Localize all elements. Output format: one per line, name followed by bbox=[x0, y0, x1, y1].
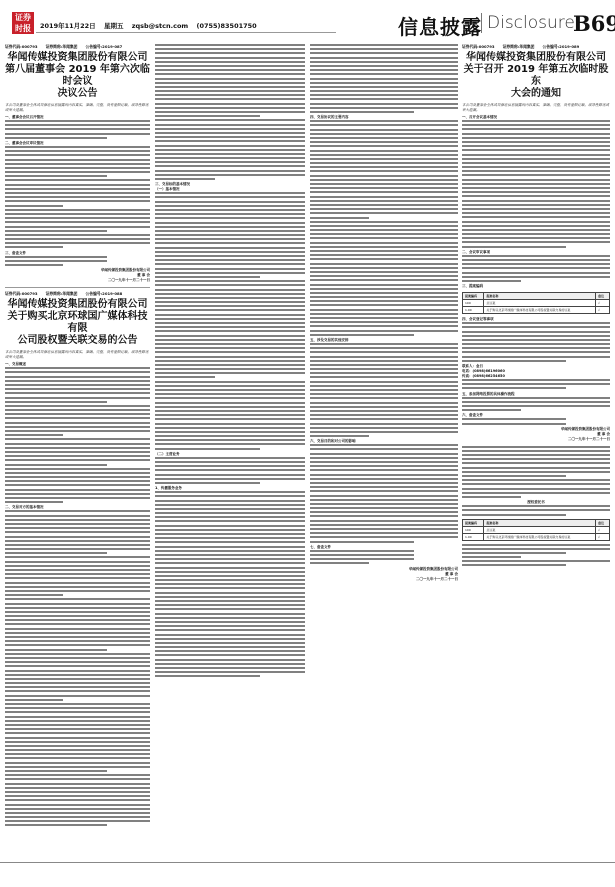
body-text-line bbox=[155, 309, 305, 311]
body-text-line bbox=[155, 469, 305, 471]
body-text-line bbox=[5, 120, 150, 122]
issue-meta: 2019年11月22日 星期五 zqsb@stcn.com (0755)8350… bbox=[40, 21, 263, 30]
body-text-line bbox=[310, 124, 458, 126]
body-text-line bbox=[310, 196, 458, 198]
section-title-en: Disclosure bbox=[487, 13, 575, 33]
body-text-line bbox=[155, 457, 305, 459]
body-text-line bbox=[462, 360, 566, 362]
body-text-line bbox=[310, 448, 458, 450]
body-text-line bbox=[155, 161, 305, 163]
body-text-line bbox=[5, 468, 150, 470]
body-text-line bbox=[462, 204, 610, 206]
body-text-line bbox=[155, 410, 305, 412]
body-text-line bbox=[155, 356, 305, 358]
body-text-line bbox=[5, 417, 150, 419]
body-text-line bbox=[155, 136, 305, 138]
contact-email[interactable]: zqsb@stcn.com bbox=[132, 22, 188, 30]
body-text-line bbox=[310, 254, 458, 256]
body-text-line bbox=[155, 381, 305, 383]
body-text-line bbox=[310, 364, 458, 366]
body-text-line bbox=[5, 459, 150, 461]
body-text-line bbox=[155, 65, 305, 67]
body-text-line bbox=[462, 462, 610, 464]
body-text-line bbox=[5, 213, 150, 215]
body-text-line bbox=[5, 732, 150, 734]
body-text-line bbox=[5, 607, 150, 609]
body-text-line bbox=[155, 149, 305, 151]
body-text-line bbox=[310, 321, 458, 323]
body-text-line bbox=[155, 431, 305, 433]
body-text-line bbox=[5, 598, 150, 600]
body-text-line bbox=[310, 313, 458, 315]
body-text-line bbox=[5, 611, 150, 613]
stock-codes: 证券代码:000793证券简称:华闻集团公告编号:2019-087 bbox=[5, 44, 150, 50]
body-text-line bbox=[5, 536, 150, 538]
body-text-line bbox=[155, 617, 305, 619]
body-text-line bbox=[155, 255, 305, 257]
body-text-line bbox=[310, 368, 458, 370]
body-text-line bbox=[5, 510, 150, 512]
body-text-line bbox=[155, 402, 305, 404]
body-text-line bbox=[5, 146, 150, 148]
body-text-line bbox=[462, 145, 610, 147]
body-text-line bbox=[5, 783, 150, 785]
body-text-line bbox=[155, 98, 305, 100]
body-text-line bbox=[5, 192, 150, 194]
body-text-line bbox=[5, 493, 150, 495]
body-text-line bbox=[462, 246, 566, 248]
body-text-line bbox=[310, 284, 458, 286]
body-text-line bbox=[310, 233, 458, 235]
section-heading: 三、提案编码 bbox=[462, 284, 610, 289]
body-text-line bbox=[310, 325, 458, 327]
body-text-line bbox=[310, 304, 458, 306]
body-text-line bbox=[462, 221, 610, 223]
body-text-line bbox=[155, 217, 305, 219]
body-text-line bbox=[462, 272, 610, 274]
body-text-line bbox=[462, 170, 610, 172]
body-text-line bbox=[310, 242, 458, 244]
body-text-line bbox=[310, 237, 458, 239]
body-text-line bbox=[462, 154, 610, 156]
body-text-line bbox=[155, 500, 305, 502]
body-text-line bbox=[5, 443, 150, 445]
body-text-line bbox=[155, 44, 305, 46]
body-text-line bbox=[310, 499, 458, 501]
body-text-line bbox=[310, 453, 458, 455]
body-text-line bbox=[5, 573, 150, 575]
body-text-line bbox=[155, 339, 305, 341]
body-text-line bbox=[462, 509, 610, 511]
body-text-line bbox=[5, 451, 150, 453]
body-text-line bbox=[310, 129, 458, 131]
body-text-line bbox=[462, 128, 610, 130]
body-text-line bbox=[5, 795, 150, 797]
body-text-line bbox=[310, 61, 458, 63]
body-text-line bbox=[5, 234, 150, 236]
body-text-line bbox=[462, 343, 610, 345]
body-text-line bbox=[5, 720, 150, 722]
body-text-line bbox=[155, 276, 260, 278]
body-text-line bbox=[5, 376, 150, 378]
body-text-line bbox=[5, 246, 63, 248]
body-text-line bbox=[155, 90, 305, 92]
body-text-line bbox=[462, 263, 610, 265]
body-text-line bbox=[155, 414, 305, 416]
body-text-line bbox=[310, 356, 458, 358]
body-text-line bbox=[155, 579, 305, 581]
body-text-line bbox=[5, 716, 150, 718]
body-text-line bbox=[310, 288, 458, 290]
body-text-line bbox=[155, 48, 305, 50]
body-text-line bbox=[310, 107, 458, 109]
body-text-line bbox=[5, 820, 150, 822]
body-text-line bbox=[310, 550, 414, 552]
body-text-line bbox=[310, 406, 458, 408]
body-text-line bbox=[155, 482, 260, 484]
body-text-line bbox=[155, 650, 305, 652]
section-divider bbox=[481, 13, 482, 33]
body-text-line bbox=[155, 654, 305, 656]
body-text-line bbox=[5, 632, 150, 634]
body-text-line bbox=[5, 661, 150, 663]
body-text-line bbox=[5, 480, 150, 482]
body-text-line bbox=[310, 372, 458, 374]
body-text-line bbox=[5, 757, 150, 759]
body-text-line bbox=[5, 749, 150, 751]
body-text-line bbox=[155, 86, 305, 88]
body-text-line bbox=[155, 251, 305, 253]
body-text-line bbox=[155, 230, 305, 232]
body-text-line bbox=[310, 347, 458, 349]
body-text-line bbox=[155, 293, 305, 295]
body-text-line bbox=[155, 537, 305, 539]
body-text-line bbox=[5, 501, 63, 503]
body-text-line bbox=[5, 649, 107, 651]
body-text-line bbox=[155, 439, 305, 441]
body-text-line bbox=[5, 565, 150, 567]
body-text-line bbox=[310, 120, 458, 122]
signature-block: 华闻传媒投资集团股份有限公司 董 事 会 二〇一九年十一月二十一日 bbox=[462, 427, 610, 442]
body-text-line bbox=[155, 226, 305, 228]
body-text-line bbox=[5, 590, 150, 592]
body-text-line bbox=[462, 556, 521, 558]
body-text-line bbox=[5, 159, 150, 161]
body-text-line bbox=[462, 351, 610, 353]
body-text-line bbox=[5, 484, 150, 486]
body-text-line bbox=[155, 646, 305, 648]
body-text-line bbox=[5, 699, 63, 701]
body-text-line bbox=[155, 368, 305, 370]
body-text-line bbox=[310, 486, 458, 488]
body-text-line bbox=[155, 94, 305, 96]
article-headline: 华闻传媒投资集团股份有限公司 关于购买北京环球国广媒体科技有限 公司股权暨关联交… bbox=[5, 299, 150, 347]
body-text-line bbox=[5, 409, 150, 411]
body-text-line bbox=[462, 331, 610, 333]
footer-rule bbox=[0, 862, 615, 863]
body-text-line bbox=[155, 263, 305, 265]
body-text-line bbox=[310, 150, 458, 152]
column-3: 四、交易协议的主要内容 五、涉及交易的其他安排 六、交易目的和对公司的影响 七、… bbox=[310, 44, 458, 586]
body-text-line bbox=[5, 367, 150, 369]
body-text-line bbox=[155, 554, 305, 556]
body-text-line bbox=[155, 583, 305, 585]
body-text-line bbox=[155, 478, 305, 480]
body-text-line bbox=[310, 258, 458, 260]
body-text-line bbox=[462, 241, 610, 243]
body-text-line bbox=[155, 73, 305, 75]
body-text-line bbox=[5, 128, 150, 130]
body-text-line bbox=[310, 511, 458, 513]
body-text-line bbox=[5, 264, 63, 266]
body-text-line bbox=[310, 330, 458, 332]
body-text-line bbox=[310, 554, 414, 556]
proposal-table: 提案编码提案名称备注 100总议案√ 1.00关于购买北京环球国广媒体科技有限公… bbox=[462, 292, 610, 314]
body-text-line bbox=[462, 200, 610, 202]
body-text-line bbox=[5, 380, 150, 382]
body-text-line bbox=[5, 154, 150, 156]
body-text-line bbox=[310, 292, 458, 294]
body-text-line bbox=[462, 141, 610, 143]
body-text-line bbox=[462, 216, 610, 218]
body-text-line bbox=[5, 824, 107, 826]
body-text-line bbox=[462, 149, 610, 151]
body-text-line bbox=[310, 528, 458, 530]
body-text-line bbox=[310, 225, 458, 227]
body-text-line bbox=[5, 711, 150, 713]
body-text-line bbox=[310, 402, 458, 404]
issue-weekday: 星期五 bbox=[104, 22, 124, 30]
body-text-line bbox=[310, 191, 458, 193]
body-text-line bbox=[462, 347, 610, 349]
body-text-line bbox=[310, 507, 458, 509]
body-text-line bbox=[5, 552, 107, 554]
issue-date: 2019年11月22日 bbox=[40, 22, 96, 30]
body-text-line bbox=[155, 546, 305, 548]
body-text-line bbox=[462, 496, 521, 498]
body-text-line bbox=[462, 124, 610, 126]
body-text-line bbox=[310, 431, 458, 433]
body-text-line bbox=[155, 318, 305, 320]
body-text-line bbox=[310, 137, 458, 139]
body-text-line bbox=[155, 124, 305, 126]
body-text-line bbox=[5, 657, 150, 659]
newspaper-logo: 证券时报 bbox=[12, 12, 34, 34]
body-text-line bbox=[5, 737, 150, 739]
body-text-line bbox=[310, 217, 369, 219]
body-text-line bbox=[462, 187, 610, 189]
body-text-line bbox=[155, 520, 305, 522]
body-text-line bbox=[310, 397, 458, 399]
body-text-line bbox=[5, 226, 150, 228]
body-text-line bbox=[5, 519, 150, 521]
body-text-line bbox=[310, 381, 458, 383]
body-text-line bbox=[310, 520, 458, 522]
body-text-line bbox=[462, 212, 610, 214]
body-text-line bbox=[310, 94, 458, 96]
article-acquisition-continued: 三、交易标的基本情况 （一）基本情况 （二）主营业务 1、传播服务业务 bbox=[155, 44, 305, 677]
body-text-line bbox=[155, 427, 305, 429]
body-text-line bbox=[462, 137, 610, 139]
body-text-line bbox=[462, 179, 610, 181]
body-text-line bbox=[310, 263, 458, 265]
disclaimer-notice: 本公司及董事会全体成员保证信息披露的内容真实、准确、完整，没有虚假记载、误导性陈… bbox=[5, 350, 150, 360]
body-text-line bbox=[462, 454, 610, 456]
body-text-line bbox=[310, 98, 458, 100]
body-text-line bbox=[155, 280, 305, 282]
body-text-line bbox=[5, 209, 150, 211]
body-text-line bbox=[5, 260, 107, 262]
article-headline: 华闻传媒投资集团股份有限公司 第八届董事会 2019 年第六次临时会议 决议公告 bbox=[5, 52, 150, 100]
body-text-line bbox=[310, 427, 458, 429]
body-text-line bbox=[310, 48, 458, 50]
body-text-line bbox=[462, 552, 566, 554]
body-text-line bbox=[5, 413, 150, 415]
body-text-line bbox=[462, 560, 610, 562]
body-text-line bbox=[155, 314, 305, 316]
body-text-line bbox=[155, 78, 305, 80]
body-text-line bbox=[462, 276, 610, 278]
body-text-line bbox=[310, 279, 458, 281]
body-text-line bbox=[155, 448, 260, 450]
body-text-line bbox=[462, 467, 610, 469]
body-text-line bbox=[310, 461, 458, 463]
body-text-line bbox=[5, 388, 150, 390]
body-text-line bbox=[5, 812, 150, 814]
body-text-line bbox=[310, 246, 458, 248]
body-text-line bbox=[462, 544, 610, 546]
body-text-line bbox=[5, 531, 150, 533]
body-text-line bbox=[310, 52, 458, 54]
body-text-line bbox=[155, 562, 305, 564]
body-text-line bbox=[310, 524, 458, 526]
body-text-line bbox=[5, 167, 150, 169]
body-text-line bbox=[310, 410, 458, 412]
body-text-line bbox=[5, 133, 150, 135]
body-text-line bbox=[310, 73, 458, 75]
body-text-line bbox=[155, 140, 305, 142]
article-acquisition: 证券代码:000793证券简称:华闻集团公告编号:2019-088 华闻传媒投资… bbox=[5, 291, 150, 826]
body-text-line bbox=[155, 259, 305, 261]
body-text-line bbox=[155, 504, 305, 506]
body-text-line bbox=[310, 435, 369, 437]
body-text-line bbox=[5, 686, 150, 688]
body-text-line bbox=[155, 52, 305, 54]
body-text-line bbox=[462, 237, 610, 239]
body-text-line bbox=[155, 600, 305, 602]
body-text-line bbox=[155, 330, 305, 332]
body-text-line bbox=[5, 799, 150, 801]
body-text-line bbox=[462, 488, 610, 490]
body-text-line bbox=[5, 171, 150, 173]
body-text-line bbox=[310, 175, 458, 177]
body-text-line bbox=[155, 347, 305, 349]
body-text-line bbox=[155, 201, 305, 203]
body-text-line bbox=[155, 508, 305, 510]
body-text-line bbox=[310, 334, 414, 336]
body-text-line bbox=[310, 69, 458, 71]
body-text-line bbox=[462, 255, 610, 257]
body-text-line bbox=[5, 674, 150, 676]
body-text-line bbox=[310, 389, 458, 391]
body-text-line bbox=[155, 587, 305, 589]
body-text-line bbox=[310, 414, 458, 416]
body-text-line bbox=[155, 322, 305, 324]
body-text-line bbox=[5, 665, 150, 667]
body-text-line bbox=[5, 787, 150, 789]
body-text-line bbox=[5, 430, 150, 432]
body-text-line bbox=[5, 594, 63, 596]
body-text-line bbox=[310, 57, 458, 59]
body-text-line bbox=[310, 532, 458, 534]
body-text-line bbox=[155, 174, 305, 176]
body-text-line bbox=[310, 541, 414, 543]
body-text-line bbox=[155, 115, 260, 117]
body-text-line bbox=[5, 230, 107, 232]
body-text-line bbox=[155, 222, 305, 224]
body-text-line bbox=[5, 401, 107, 403]
body-text-line bbox=[462, 475, 566, 477]
body-text-line bbox=[310, 469, 458, 471]
body-text-line bbox=[5, 569, 150, 571]
body-text-line bbox=[5, 405, 150, 407]
body-text-line bbox=[462, 174, 610, 176]
body-text-line bbox=[155, 289, 305, 291]
body-text-line bbox=[5, 196, 150, 198]
body-text-line bbox=[155, 157, 305, 159]
body-text-line bbox=[462, 397, 610, 399]
body-text-line bbox=[5, 770, 107, 772]
body-text-line bbox=[5, 766, 150, 768]
body-text-line bbox=[155, 247, 305, 249]
body-text-line bbox=[310, 90, 458, 92]
body-text-line bbox=[5, 392, 150, 394]
body-text-line bbox=[462, 492, 610, 494]
body-text-line bbox=[155, 613, 305, 615]
body-text-line bbox=[155, 213, 305, 215]
body-text-line bbox=[5, 397, 150, 399]
body-text-line bbox=[155, 418, 305, 420]
body-text-line bbox=[310, 474, 458, 476]
body-text-line bbox=[5, 682, 150, 684]
signature-block: 华闻传媒投资集团股份有限公司 董 事 会 二〇一九年十一月二十一日 bbox=[310, 567, 458, 582]
body-text-line bbox=[310, 275, 458, 277]
body-text-line bbox=[5, 561, 150, 563]
body-text-line bbox=[5, 150, 150, 152]
body-text-line bbox=[5, 703, 150, 705]
body-text-line bbox=[310, 418, 458, 420]
body-text-line bbox=[5, 548, 150, 550]
body-text-line bbox=[155, 351, 305, 353]
body-text-line bbox=[155, 435, 305, 437]
article-headline: 华闻传媒投资集团股份有限公司 关于召开 2019 年第五次临时股东 大会的通知 bbox=[462, 52, 610, 100]
body-text-line bbox=[155, 376, 215, 378]
body-text-line bbox=[462, 356, 610, 358]
body-text-line bbox=[155, 284, 305, 286]
body-text-line bbox=[5, 791, 150, 793]
body-text-line bbox=[462, 446, 610, 448]
body-text-line bbox=[155, 360, 305, 362]
body-text-line bbox=[310, 465, 458, 467]
body-text-line bbox=[155, 301, 305, 303]
body-text-line bbox=[5, 221, 150, 223]
body-text-line bbox=[310, 490, 458, 492]
body-text-line bbox=[310, 162, 458, 164]
body-text-line bbox=[462, 208, 610, 210]
header-rule bbox=[36, 32, 336, 33]
body-text-line bbox=[310, 515, 458, 517]
body-text-line bbox=[310, 103, 458, 105]
